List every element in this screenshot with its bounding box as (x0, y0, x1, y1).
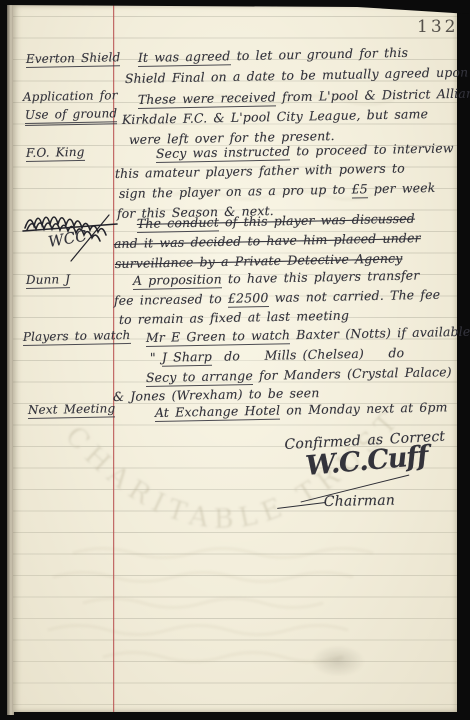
margin-label-fo-king: F.O. King (26, 145, 85, 160)
page-number: 132 (417, 17, 458, 37)
margin-label-players-to-watch: Players to watch (23, 328, 131, 344)
margin-label-everton-shield: Everton Shield (26, 50, 121, 66)
scan-background: CHARITABLE TRUST 132 Everton Shield Appl… (0, 0, 470, 720)
minute-book-page: CHARITABLE TRUST 132 Everton Shield Appl… (13, 5, 457, 712)
ink-smudge (311, 645, 365, 677)
margin-label-next-meeting: Next Meeting (28, 401, 116, 417)
margin-label-application-for: Application for (23, 88, 118, 104)
chairman-label: Chairman (324, 493, 395, 510)
margin-label-dunn-j: Dunn J (26, 272, 71, 287)
margin-label-use-of-ground: Use of ground (25, 106, 118, 122)
